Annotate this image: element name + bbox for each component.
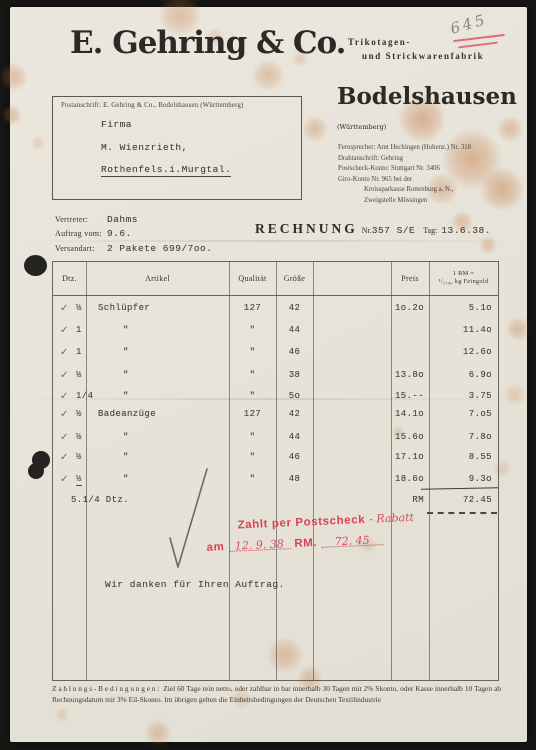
cell-article: ": [123, 432, 129, 442]
payment-terms-label: Zahlungs-Bedingungen:: [52, 684, 161, 693]
stain: [479, 236, 497, 254]
cell-qty: ½: [76, 474, 82, 486]
pencil-check-icon: ✓: [60, 325, 69, 336]
contact-line: Fernsprecher: Amt Hechingen (Hohenz.) Nr…: [338, 143, 471, 154]
company-city: Bodelshausen (Württemberg): [337, 83, 527, 137]
cell-qty: ½: [76, 303, 82, 313]
stamp-amount-handwritten: 72. 45: [321, 535, 383, 548]
city-name: Bodelshausen: [337, 83, 517, 110]
contact-block: Fernsprecher: Amt Hechingen (Hohenz.) Nr…: [338, 143, 471, 206]
invoice-title: RECHNUNG Nr.357 S/E Tag: 13.6.38.: [255, 220, 491, 238]
cell-article: ": [123, 325, 129, 335]
recipient-city: Rothenfels.i.Murgtal.: [101, 164, 231, 177]
recipient-firma: Firma: [101, 119, 132, 130]
goldclause-line1: 1 RM =: [429, 270, 498, 278]
total-amount: 72.45: [429, 495, 492, 505]
cell-amount: 3.75: [429, 391, 492, 401]
contact-line: Zweigstelle Mössingen: [364, 196, 471, 207]
table-header: Dtz. Artikel Qualität Größe Preis 1 RM =…: [53, 262, 498, 296]
auftrag-value: 9.6.: [107, 228, 132, 239]
stain: [480, 167, 524, 211]
stamp-handwriting: - Rabatt: [369, 511, 414, 526]
table-row: ✓ ½ Badeanzüge 127 42 14.1o 7.o5: [53, 409, 498, 425]
pencil-check-icon: ✓: [60, 474, 69, 485]
paper-crease: [10, 240, 527, 242]
goldclause-line2: ¹/₂₇₉₀ kg Feingold: [429, 278, 498, 286]
postal-address-line: Postanschrift: E. Gehring & Co., Bodelsh…: [61, 102, 244, 109]
total-row: 5.1/4 Dtz. RM 72.45: [53, 495, 498, 511]
cell-qty: 1: [76, 347, 82, 357]
contact-line: Drahtanschrift: Gehring: [338, 154, 471, 165]
cell-article: ": [123, 370, 129, 380]
cell-article: ": [123, 391, 129, 401]
vertreter-value: Dahms: [107, 214, 138, 225]
cell-size: 42: [276, 303, 313, 313]
cell-price: 17.1o: [391, 452, 424, 462]
cell-qty: 1/4: [76, 391, 93, 401]
dashed-rule: [427, 512, 497, 514]
cell-qty: ½: [76, 370, 82, 380]
invoice-photo: 645 E. Gehring & Co. Trikotagen- und Str…: [0, 0, 536, 750]
cell-quality: ": [229, 347, 276, 357]
stamp-date-handwritten: 12. 9. 38: [228, 539, 290, 552]
cell-size: 38: [276, 370, 313, 380]
cell-qty: ½: [76, 409, 82, 419]
header-size: Größe: [276, 274, 313, 283]
total-quantity: 5.1/4 Dtz.: [71, 495, 129, 505]
cell-price: 14.1o: [391, 409, 424, 419]
cell-price: 18.6o: [391, 474, 424, 484]
cell-article: ": [123, 474, 129, 484]
table-row: ✓ ½ " " 44 15.6o 7.8o: [53, 432, 498, 448]
auftrag-label: Auftrag vom:: [55, 229, 102, 238]
cell-amount: 11.4o: [429, 325, 492, 335]
pencil-check-icon: ✓: [60, 347, 69, 358]
stain: [2, 105, 22, 125]
cell-price: 13.8o: [391, 370, 424, 380]
table-row: ✓ 1 " " 46 12.6o: [53, 347, 498, 363]
cell-quality: ": [229, 452, 276, 462]
invoice-date: 13.6.38.: [441, 225, 491, 236]
contact-line: Giro-Konto Nr. 965 bei der: [338, 175, 471, 186]
nr-label: Nr.: [362, 226, 372, 235]
cell-size: 44: [276, 432, 313, 442]
tag-label: Tag:: [423, 226, 437, 235]
cell-article: ": [123, 347, 129, 357]
cell-article: Badeanzüge: [98, 409, 156, 419]
cell-quality: ": [229, 432, 276, 442]
stamp-rm-label: RM.: [294, 537, 317, 550]
cell-qty: ½: [76, 432, 82, 442]
invoice-table: Dtz. Artikel Qualität Größe Preis 1 RM =…: [52, 261, 499, 681]
cell-article: Schlüpfer: [98, 303, 150, 313]
header-goldclause: 1 RM = ¹/₂₇₉₀ kg Feingold: [429, 270, 498, 286]
table-row: ✓ 1 " " 44 11.4o: [53, 325, 498, 341]
cell-size: 48: [276, 474, 313, 484]
cell-quality: ": [229, 474, 276, 484]
cell-amount: 6.9o: [429, 370, 492, 380]
stain: [504, 384, 526, 406]
pencil-check-icon: ✓: [60, 409, 69, 420]
cell-qty: ½: [76, 452, 82, 462]
stamp-text: Zahlt per Postscheck: [237, 514, 365, 532]
stain: [252, 59, 284, 91]
cell-amount: 7.o5: [429, 409, 492, 419]
cell-quality: ": [229, 370, 276, 380]
invoice-number: 357 S/E: [372, 225, 415, 236]
handwritten-number: 645: [448, 10, 489, 38]
red-underline: [458, 42, 498, 49]
cell-size: 46: [276, 347, 313, 357]
cell-price: 15.--: [391, 391, 424, 401]
table-row: ✓ ½ " " 46 17.1o 8.55: [53, 452, 498, 468]
cell-price: 15.6o: [391, 432, 424, 442]
cell-size: 44: [276, 325, 313, 335]
cell-quality: ": [229, 325, 276, 335]
stain: [302, 116, 328, 142]
cell-size: 46: [276, 452, 313, 462]
contact-line: Postscheck-Konto: Stuttgart Nr. 3406: [338, 164, 471, 175]
stamp-am-label: am: [206, 541, 224, 554]
cell-amount: 12.6o: [429, 347, 492, 357]
header-quality: Qualität: [229, 274, 276, 283]
cell-amount: 8.55: [429, 452, 492, 462]
cell-size: 5o: [276, 391, 313, 401]
header-price: Preis: [391, 274, 429, 283]
punch-hole: [28, 463, 44, 479]
cell-amount: 7.8o: [429, 432, 492, 442]
punch-hole: [24, 255, 47, 276]
table-row: ✓ 1/4 " " 5o 15.-- 3.75: [53, 391, 498, 407]
table-row: ✓ ½ " " 38 13.8o 6.9o: [53, 370, 498, 386]
cell-quality: ": [229, 391, 276, 401]
versandart-label: Versandart:: [55, 244, 95, 253]
pencil-check-icon: ✓: [60, 432, 69, 443]
versandart-value: 2 Pakete 699/7oo.: [107, 243, 212, 254]
cell-price: 1o.2o: [391, 303, 424, 313]
table-row: ✓ ½ Schlüpfer 127 42 1o.2o 5.1o: [53, 303, 498, 319]
vertreter-label: Vertreter:: [55, 215, 88, 224]
payment-terms: Zahlungs-Bedingungen: Ziel 60 Tage rein …: [52, 683, 501, 705]
stain: [31, 136, 45, 150]
header-article: Artikel: [86, 274, 229, 283]
pencil-check-icon: ✓: [60, 303, 69, 314]
cell-amount: 5.1o: [429, 303, 492, 313]
company-name: E. Gehring & Co.: [70, 25, 345, 61]
business-type-line2: und Strickwarenfabrik: [362, 51, 484, 61]
rechnung-label: RECHNUNG: [255, 221, 358, 236]
invoice-paper: 645 E. Gehring & Co. Trikotagen- und Str…: [10, 7, 527, 742]
stain: [55, 708, 69, 722]
cell-size: 42: [276, 409, 313, 419]
stain: [145, 720, 171, 746]
pencil-check-icon: ✓: [60, 452, 69, 463]
contact-line: Kreissparkasse Rottenburg a. N.,: [364, 185, 471, 196]
cell-quality: 127: [229, 303, 276, 313]
cell-article: ": [123, 452, 129, 462]
header-qty: Dtz.: [53, 274, 86, 283]
recipient-address-box: Postanschrift: E. Gehring & Co., Bodelsh…: [52, 96, 302, 200]
recipient-name: M. Wienzrieth,: [101, 142, 188, 153]
pencil-check-icon: ✓: [60, 370, 69, 381]
thanks-line: Wir danken für Ihren Auftrag.: [105, 579, 285, 590]
cell-amount: 9.3o: [429, 474, 492, 484]
city-region: (Württemberg): [337, 123, 386, 131]
pencil-check-icon: ✓: [60, 391, 69, 402]
stain: [0, 63, 28, 91]
business-type-line1: Trikotagen-: [348, 37, 411, 47]
total-currency: RM: [391, 495, 424, 505]
stain: [506, 317, 530, 341]
cell-qty: 1: [76, 325, 82, 335]
cell-quality: 127: [229, 409, 276, 419]
